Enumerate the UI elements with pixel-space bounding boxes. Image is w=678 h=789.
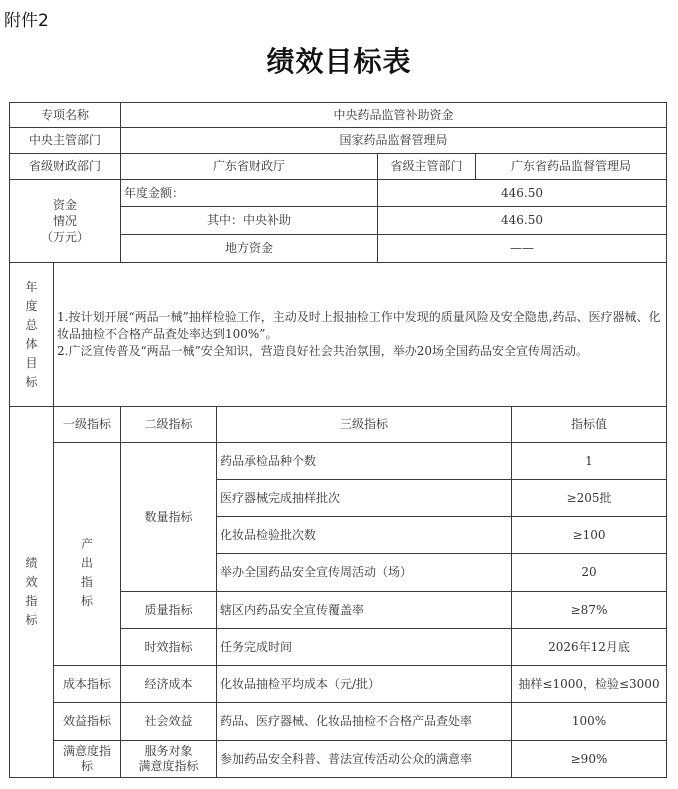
table-row-level3: 参加药品安全科普、普法宣传活动公众的满意率 [216, 740, 512, 778]
quantity-indicators-label: 数量指标 [120, 442, 217, 592]
table-row-level3: 任务完成时间 [216, 628, 512, 666]
table-row-value: ≥90% [511, 740, 667, 778]
header-level3: 三级指标 [216, 406, 512, 443]
indicators-section-label: 绩 效 指 标 [9, 406, 54, 778]
satisfaction-indicators-label: 满意度指 标 [53, 740, 121, 778]
prov-finance-value: 广东省财政厅 [120, 153, 378, 180]
prov-dept-value: 广东省药品监督管理局 [475, 153, 667, 180]
table-row-value: 1 [511, 442, 667, 480]
table-row-value: ≥100 [511, 516, 667, 554]
quality-indicators-label: 质量指标 [120, 591, 217, 629]
annual-goal-label: 年 度 总 体 目 标 [9, 262, 54, 407]
central-dept-value: 国家药品监督管理局 [120, 127, 667, 154]
page-title: 绩效目标表 [0, 40, 678, 80]
local-funds-label: 地方资金 [120, 234, 378, 263]
table-row-value: 20 [511, 553, 667, 592]
prov-finance-label: 省级财政部门 [9, 153, 121, 180]
prov-dept-label: 省级主管部门 [377, 153, 476, 180]
table-row-level3: 辖区内药品安全宣传覆盖率 [216, 591, 512, 629]
central-subsidy-label: 其中：中央补助 [120, 206, 378, 235]
table-row-value: 2026年12月底 [511, 628, 667, 666]
project-name-value: 中央药品监管补助资金 [120, 102, 667, 128]
service-satisfaction-label: 服务对象 满意度指标 [120, 740, 217, 778]
table-row-level3: 药品、医疗器械、化妆品抽检不合格产品查处率 [216, 702, 512, 741]
annual-goal-line-1: 1.按计划开展“两品一械”抽样检验工作，主动及时上报抽检工作中发现的质量风险及安… [57, 309, 664, 343]
benefit-indicators-label: 效益指标 [53, 702, 121, 741]
funds-label: 资金 情况 （万元） [9, 179, 121, 263]
project-name-label: 专项名称 [9, 102, 121, 128]
table-row-level3: 医疗器械完成抽样批次 [216, 479, 512, 517]
annual-goal-line-2: 2.广泛宣传普及“两品一械”安全知识，营造良好社会共治氛围，举办20场全国药品安… [57, 343, 664, 360]
timeliness-indicators-label: 时效指标 [120, 628, 217, 666]
header-value: 指标值 [511, 406, 667, 443]
table-row-value: 100% [511, 702, 667, 741]
economic-cost-label: 经济成本 [120, 665, 217, 703]
table-row-level3: 药品承检品种个数 [216, 442, 512, 480]
attachment-label: 附件2 [4, 6, 49, 31]
central-dept-label: 中央主管部门 [9, 127, 121, 154]
performance-goal-table: 专项名称 中央药品监管补助资金 中央主管部门 国家药品监督管理局 省级财政部门 … [10, 103, 667, 778]
table-row-value: ≥205批 [511, 479, 667, 517]
header-level2: 二级指标 [120, 406, 217, 443]
cost-indicators-label: 成本指标 [53, 665, 121, 703]
table-row-value: ≥87% [511, 591, 667, 629]
header-level1: 一级指标 [53, 406, 121, 443]
table-row-level3: 举办全国药品安全宣传周活动（场） [216, 553, 512, 592]
table-row-level3: 化妆品抽检平均成本（元/批） [216, 665, 512, 703]
output-indicators-label: 产 出 指 标 [53, 442, 121, 703]
annual-amount-label: 年度金额： [120, 179, 378, 207]
local-funds-value: —— [377, 234, 667, 263]
annual-goal-content: 1.按计划开展“两品一械”抽样检验工作，主动及时上报抽检工作中发现的质量风险及安… [53, 262, 667, 407]
central-subsidy-value: 446.50 [377, 206, 667, 235]
table-row-level3: 化妆品检验批次数 [216, 516, 512, 554]
social-benefit-label: 社会效益 [120, 702, 217, 741]
annual-amount-value: 446.50 [377, 179, 667, 207]
table-row-value: 抽样≤1000，检验≤3000 [511, 665, 667, 703]
